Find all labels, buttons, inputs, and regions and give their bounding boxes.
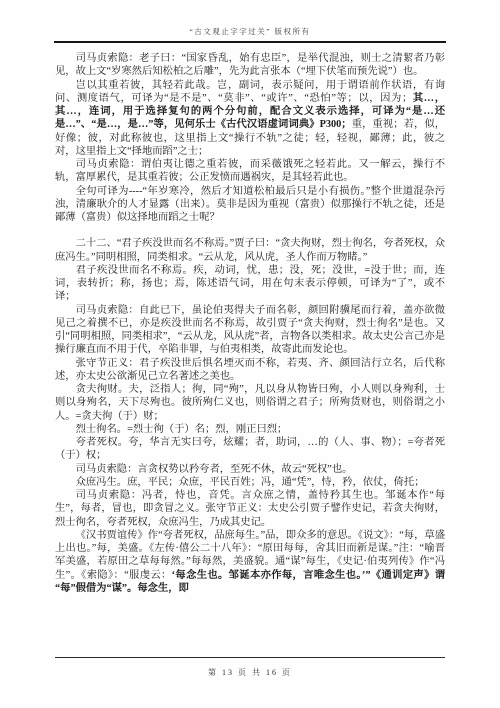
paragraph: 岂以其重若彼，其轻若此哉。岂，副词，表示疑问，用于谓语前作状语，有询问、测度语气… — [55, 79, 445, 159]
paragraph: 二十二、“君子疾没世而名不称焉。”贾子曰：“贪夫徇财，烈士徇名，夸者死权，众庶冯… — [55, 237, 445, 264]
header-copyright-text: “古文观止字字过关” 版权所有 — [189, 27, 310, 36]
paragraph-segment: 贪夫徇财。夫，泛指人；徇，同“殉”，凡以身从物皆曰殉，小人则以身殉利，士则以身殉… — [55, 384, 445, 422]
footer-divider — [55, 657, 445, 659]
paragraph: 烈士徇名。=烈士徇（于）名；烈，刚正曰烈； — [55, 423, 445, 436]
paragraph-segment: 烈士徇名。=烈士徇（于）名；烈，刚正曰烈； — [76, 424, 288, 435]
paragraph: 全句可译为----“年岁寒冷，然后才知道松柏最后只是小有损伤。”整个世道混杂污浊… — [55, 185, 445, 225]
paragraph-segment: 张守节正义：君子疾没世后惧名堙灭而不称，若夷、齐、颜回洁行立名，后代称述，亦太史… — [55, 358, 445, 382]
header-divider — [54, 41, 446, 43]
paragraph: 君子疾没世而名不称焉。疾，动词，忧，患；没，死；没世，=没于世；而，连词，表转折… — [55, 264, 445, 304]
paragraph: 司马贞索隐：老子曰：“国家昏乱，始有忠臣”，是举代混浊，则士之清絜者乃彰见，故上… — [55, 52, 445, 79]
paragraph: 司马贞索隐：自此已下，虽论伯夷得夫子而名彰，颜回附骥尾而行着，盖亦欲微见己之着撰… — [55, 304, 445, 357]
paragraph-segment: 二十二、“君子疾没世而名不称焉。”贾子曰：“贪夫徇财，烈士徇名，夸者死权，众庶冯… — [55, 238, 445, 262]
paragraph: 贪夫徇财。夫，泛指人；徇，同“殉”，凡以身从物皆曰殉，小人则以身殉利，士则以身殉… — [55, 383, 445, 423]
paragraph-segment: 君子疾没世而名不称焉。疾，动词，忧，患；没，死；没世，=没于世；而，连词，表转折… — [55, 265, 445, 303]
paragraph-segment: 司马贞索隐：言贪权势以矜夸者，至死不休，故云“死权”也。 — [76, 464, 353, 475]
paragraph-segment: 岂以其重若彼，其轻若此哉。岂，副词，表示疑问，用于谓语前作状语，有询问、测度语气… — [55, 80, 445, 104]
document-body: 司马贞索隐：老子曰：“国家昏乱，始有忠臣”，是举代混浊，则士之清絜者乃彰见，故上… — [55, 52, 445, 657]
document-page: “古文观止字字过关” 版权所有 司马贞索隐：老子曰：“国家昏乱，始有忠臣”，是举… — [0, 0, 500, 708]
paragraph-segment: 司马贞索隐：自此已下，虽论伯夷得夫子而名彰，颜回附骥尾而行着，盖亦欲微见己之着撰… — [55, 305, 445, 356]
paragraph-segment: 司马贞索隐：老子曰：“国家昏乱，始有忠臣”，是举代混浊，则士之清絜者乃彰见，故上… — [55, 53, 445, 77]
paragraph: 张守节正义：君子疾没世后惧名堙灭而不称，若夷、齐、颜回洁行立名，后代称述，亦太史… — [55, 357, 445, 384]
paragraph: 司马贞索隐：谓伯夷让德之重若彼，而采薇饿死之轻若此。又一解云，操行不轨，富厚累代… — [55, 158, 445, 185]
paragraph-segment: 司马贞索隐：谓伯夷让德之重若彼，而采薇饿死之轻若此。又一解云，操行不轨，富厚累代… — [55, 159, 445, 183]
page-footer: 第 13 页 共 16 页 — [55, 657, 445, 708]
paragraph: 众庶冯生。庶，平民；众庶，平民百姓；冯，通“凭”，恃，矜，依仗，倚托； — [55, 476, 445, 489]
page-header: “古文观止字字过关” 版权所有 — [0, 0, 500, 37]
paragraph-segment: 全句可译为----“年岁寒冷，然后才知道松柏最后只是小有损伤。”整个世道混杂污浊… — [55, 186, 445, 224]
paragraph-segment: 众庶冯生。庶，平民；众庶，平民百姓；冯，通“凭”，恃，矜，依仗，倚托； — [76, 477, 425, 488]
paragraph: 夸者死权。夸，华言无实曰夸，炫耀；者，助词，…的（人、事、物）；=夸者死（于）权… — [55, 436, 445, 463]
paragraph-segment: 夸者死权。夸，华言无实曰夸，炫耀；者，助词，…的（人、事、物）；=夸者死（于）权… — [55, 437, 445, 461]
page-number: 第 13 页 共 16 页 — [55, 667, 445, 678]
paragraph-segment: 司马贞索隐：冯者，恃也，音凭。言众庶之情，盖恃矜其生也。邹诞本作“每生”，每者，… — [55, 490, 445, 528]
paragraph: 司马贞索隐：冯者，恃也，音凭。言众庶之情，盖恃矜其生也。邹诞本作“每生”，每者，… — [55, 489, 445, 529]
paragraph: 司马贞索隐：言贪权势以矜夸者，至死不休，故云“死权”也。 — [55, 463, 445, 476]
paragraph: 《汉书贾谊传》作“夸者死权，品庶每生。”品，即众多的意思。《说文》：“每，草盛上… — [55, 529, 445, 595]
